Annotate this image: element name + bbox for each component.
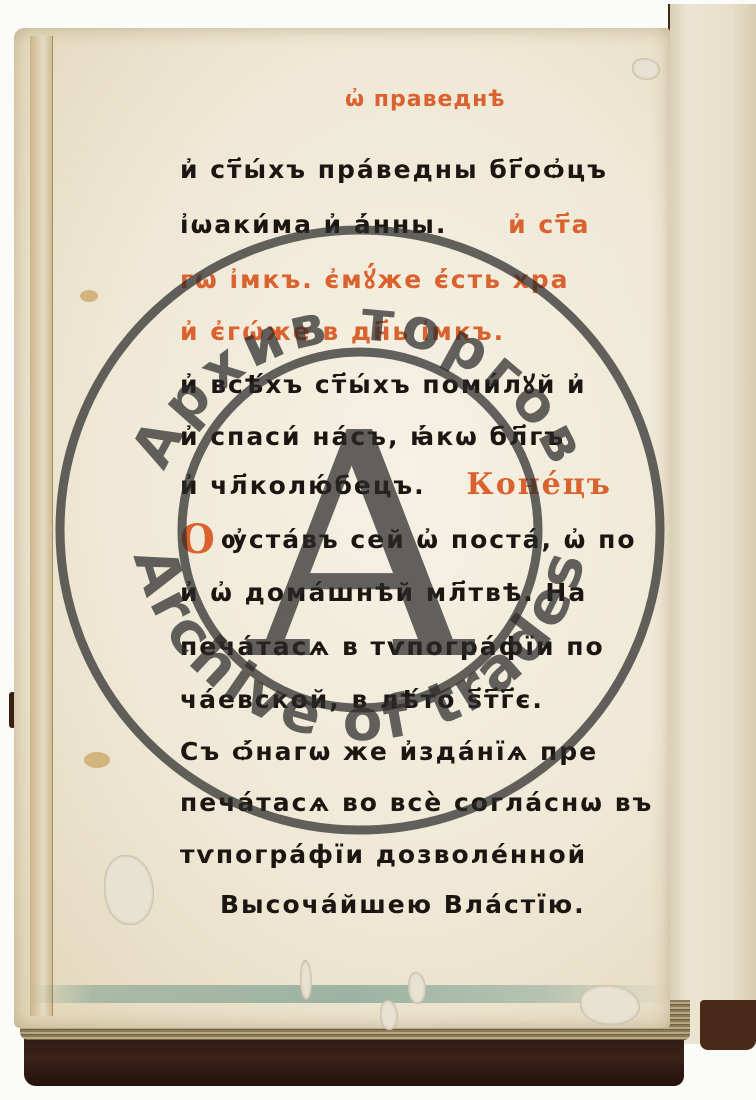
wormhole [580, 985, 640, 1025]
text-line-12: Съ ѻ҆́нагѡ же и҆зда́нїѧ пре [180, 737, 598, 767]
facing-page [668, 4, 756, 1044]
wormhole [408, 972, 426, 1004]
text-line-11: ча́евской, в лѣ́то ѕ҃т҃г҃є. [180, 685, 544, 715]
drop-cap: О [180, 516, 217, 563]
rust-stain [80, 290, 98, 302]
text-line-1: и҆ ст҃ы́хъ пра́ведны бг҃оѻ҆цъ [180, 155, 608, 185]
text-line-9: и҆ ѡ҆ дома́шнѣй мл҃твѣ. На [180, 578, 587, 608]
text-line-4: и҆ є҆гѡ́же в дн҃ь і҆мкъ. [180, 317, 505, 347]
wormhole [632, 58, 660, 80]
text-line-14: тѵпогра́фїи дозволе́нной [180, 840, 587, 870]
text-line-15: Высоча́йшею Вла́стїю. [220, 890, 586, 920]
text-line-3: гѡ і҆мкъ. є҆мꙋ́же є҆́сть хра [180, 265, 570, 295]
text-line-10: печа́тасѧ в тѵпогра́фїи по [180, 632, 605, 662]
text-line-6: и҆ спаси́ на́съ, ꙗ҆́кѡ бл҃гъ [180, 422, 565, 452]
wormhole [380, 1000, 398, 1030]
text-line-8: Оѹ҆ста́въ сей ѡ҆ поста́, ѡ҆ по [180, 525, 637, 555]
text-line-13: печа́тасѧ во всѐ согла́снѡ въ [180, 788, 653, 818]
text-line-7: и҆ чл҃колю́бецъ. Коне́цъ [180, 470, 612, 501]
leather-corner [700, 1000, 756, 1050]
page-fold [30, 36, 53, 1016]
wormhole [300, 960, 312, 1000]
text-line-2: і҆ѡаки́ма и҆ а҆́нны. и҆ ст҃а [180, 210, 591, 240]
rust-stain [84, 752, 110, 768]
text-line-5: и҆ всѣ́хъ ст҃ы́хъ поми́лꙋй и҆ [180, 370, 587, 400]
heading-red: ѡ҆ праведнѣ [345, 85, 506, 115]
foxing-stain [30, 985, 670, 1003]
